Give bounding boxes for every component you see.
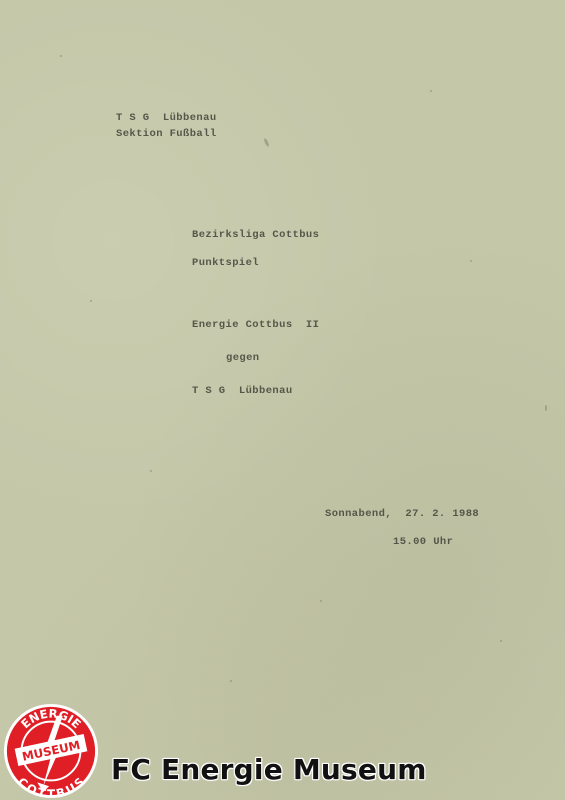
paper-speck (545, 405, 547, 411)
league-name: Bezirksliga Cottbus (192, 229, 319, 241)
paper-speck (470, 260, 472, 262)
match-date: Sonnabend, 27. 2. 1988 (325, 508, 479, 520)
paper-speck (90, 300, 92, 302)
header-club-name: T S G Lübbenau (116, 112, 217, 124)
away-team: T S G Lübbenau (192, 385, 293, 397)
match-time: 15.00 Uhr (393, 536, 453, 548)
home-team: Energie Cottbus II (192, 319, 319, 331)
paper-speck (60, 55, 62, 57)
paper-speck (263, 138, 270, 147)
paper-speck (320, 600, 322, 602)
paper-speck (430, 90, 432, 92)
energie-museum-logo: MUSEUM ENERGIE COTTBUS (2, 702, 100, 800)
header-section: Sektion Fußball (116, 128, 217, 140)
paper-speck (500, 640, 502, 642)
versus-label: gegen (226, 352, 260, 364)
match-type: Punktspiel (192, 257, 259, 269)
paper-speck (230, 680, 232, 682)
scanned-document-page: T S G Lübbenau Sektion Fußball Bezirksli… (0, 0, 565, 800)
watermark-title: FC Energie Museum (111, 753, 427, 786)
paper-speck (150, 470, 152, 472)
